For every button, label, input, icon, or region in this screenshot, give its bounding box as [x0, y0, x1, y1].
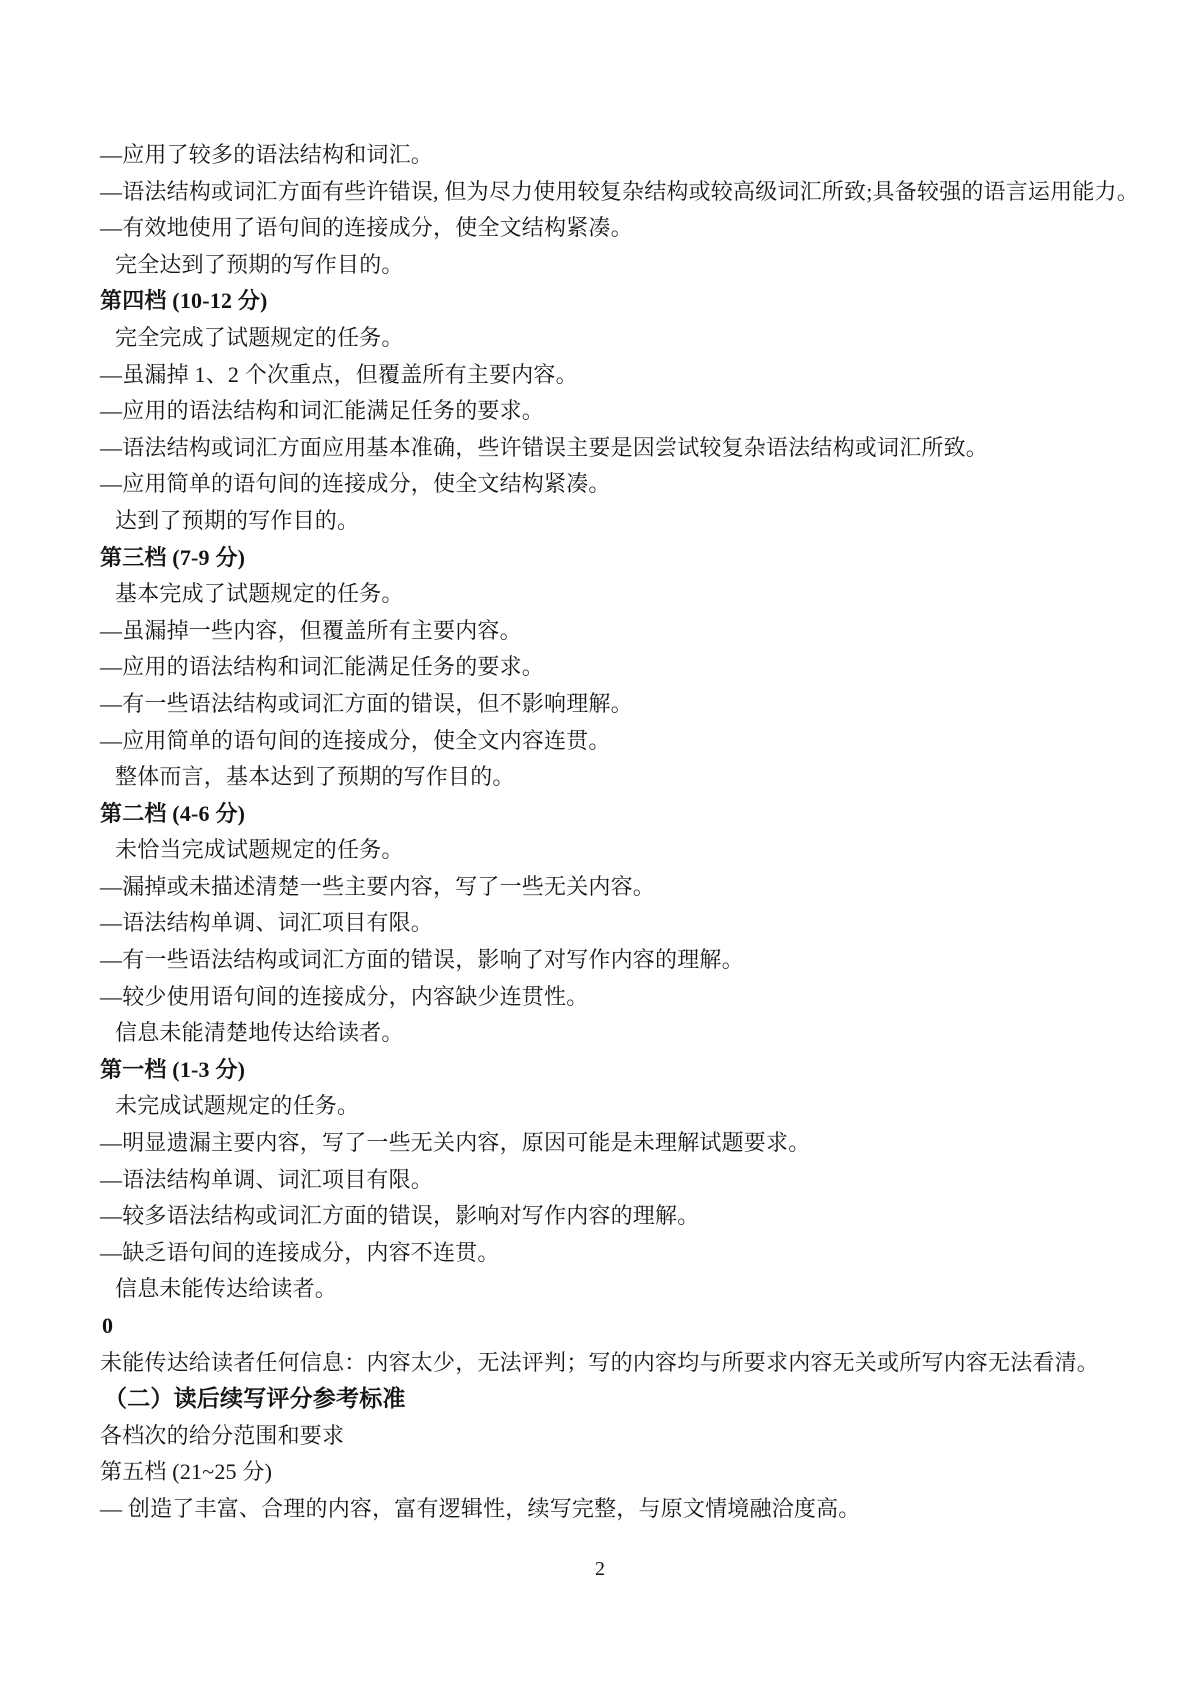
text-line: —语法结构或词汇方面应用基本准确，些许错误主要是因尝试较复杂语法结构或词汇所致。	[100, 430, 1114, 467]
text-line: 0	[100, 1308, 1114, 1345]
text-line: 基本完成了试题规定的任务。	[100, 576, 1114, 613]
text-line: —应用的语法结构和词汇能满足任务的要求。	[100, 649, 1114, 686]
text-line: —语法结构单调、词汇项目有限。	[100, 905, 1114, 942]
text-line: 完全完成了试题规定的任务。	[100, 320, 1114, 357]
text-line: 各档次的给分范围和要求	[100, 1418, 1114, 1455]
text-line: —明显遗漏主要内容，写了一些无关内容，原因可能是未理解试题要求。	[100, 1125, 1114, 1162]
text-line: —漏掉或未描述清楚一些主要内容，写了一些无关内容。	[100, 869, 1114, 906]
text-line: 第一档 (1-3 分)	[100, 1052, 1114, 1089]
text-line: 未完成试题规定的任务。	[100, 1088, 1114, 1125]
text-line: 第二档 (4-6 分)	[100, 796, 1114, 833]
text-line: —应用简单的语句间的连接成分，使全文结构紧凑。	[100, 466, 1114, 503]
text-line: —语法结构单调、词汇项目有限。	[100, 1162, 1114, 1199]
text-line: （二）读后续写评分参考标准	[100, 1381, 1114, 1418]
text-line: —应用简单的语句间的连接成分，使全文内容连贯。	[100, 723, 1114, 760]
text-line: 未恰当完成试题规定的任务。	[100, 832, 1114, 869]
text-line: —虽漏掉一些内容，但覆盖所有主要内容。	[100, 613, 1114, 650]
text-line: —有一些语法结构或词汇方面的错误，但不影响理解。	[100, 686, 1114, 723]
text-line: 第三档 (7-9 分)	[100, 540, 1114, 577]
text-line: — 创造了丰富、合理的内容，富有逻辑性，续写完整，与原文情境融洽度高。	[100, 1491, 1114, 1528]
text-line: —较多语法结构或词汇方面的错误，影响对写作内容的理解。	[100, 1198, 1114, 1235]
text-line: —虽漏掉 1、2 个次重点，但覆盖所有主要内容。	[100, 357, 1114, 394]
text-line: —较少使用语句间的连接成分，内容缺少连贯性。	[100, 979, 1114, 1016]
text-line: —语法结构或词汇方面有些许错误, 但为尽力使用较复杂结构或较高级词汇所致;具备较…	[100, 174, 1114, 211]
text-line: —有一些语法结构或词汇方面的错误，影响了对写作内容的理解。	[100, 942, 1114, 979]
text-line: —应用的语法结构和词汇能满足任务的要求。	[100, 393, 1114, 430]
page-number: 2	[595, 1558, 605, 1580]
text-line: 信息未能清楚地传达给读者。	[100, 1015, 1114, 1052]
text-line: —应用了较多的语法结构和词汇。	[100, 137, 1114, 174]
text-line: 第四档 (10-12 分)	[100, 283, 1114, 320]
text-line: 整体而言，基本达到了预期的写作目的。	[100, 759, 1114, 796]
document-body: —应用了较多的语法结构和词汇。—语法结构或词汇方面有些许错误, 但为尽力使用较复…	[100, 137, 1114, 1528]
text-line: —缺乏语句间的连接成分，内容不连贯。	[100, 1235, 1114, 1272]
text-line: 未能传达给读者任何信息：内容太少，无法评判；写的内容均与所要求内容无关或所写内容…	[100, 1345, 1114, 1382]
text-line: 第五档 (21~25 分)	[100, 1454, 1114, 1491]
page-footer: 2	[0, 1558, 1200, 1581]
text-line: —有效地使用了语句间的连接成分，使全文结构紧凑。	[100, 210, 1114, 247]
text-line: 达到了预期的写作目的。	[100, 503, 1114, 540]
document-page: —应用了较多的语法结构和词汇。—语法结构或词汇方面有些许错误, 但为尽力使用较复…	[0, 0, 1200, 1698]
text-line: 信息未能传达给读者。	[100, 1271, 1114, 1308]
text-line: 完全达到了预期的写作目的。	[100, 247, 1114, 284]
